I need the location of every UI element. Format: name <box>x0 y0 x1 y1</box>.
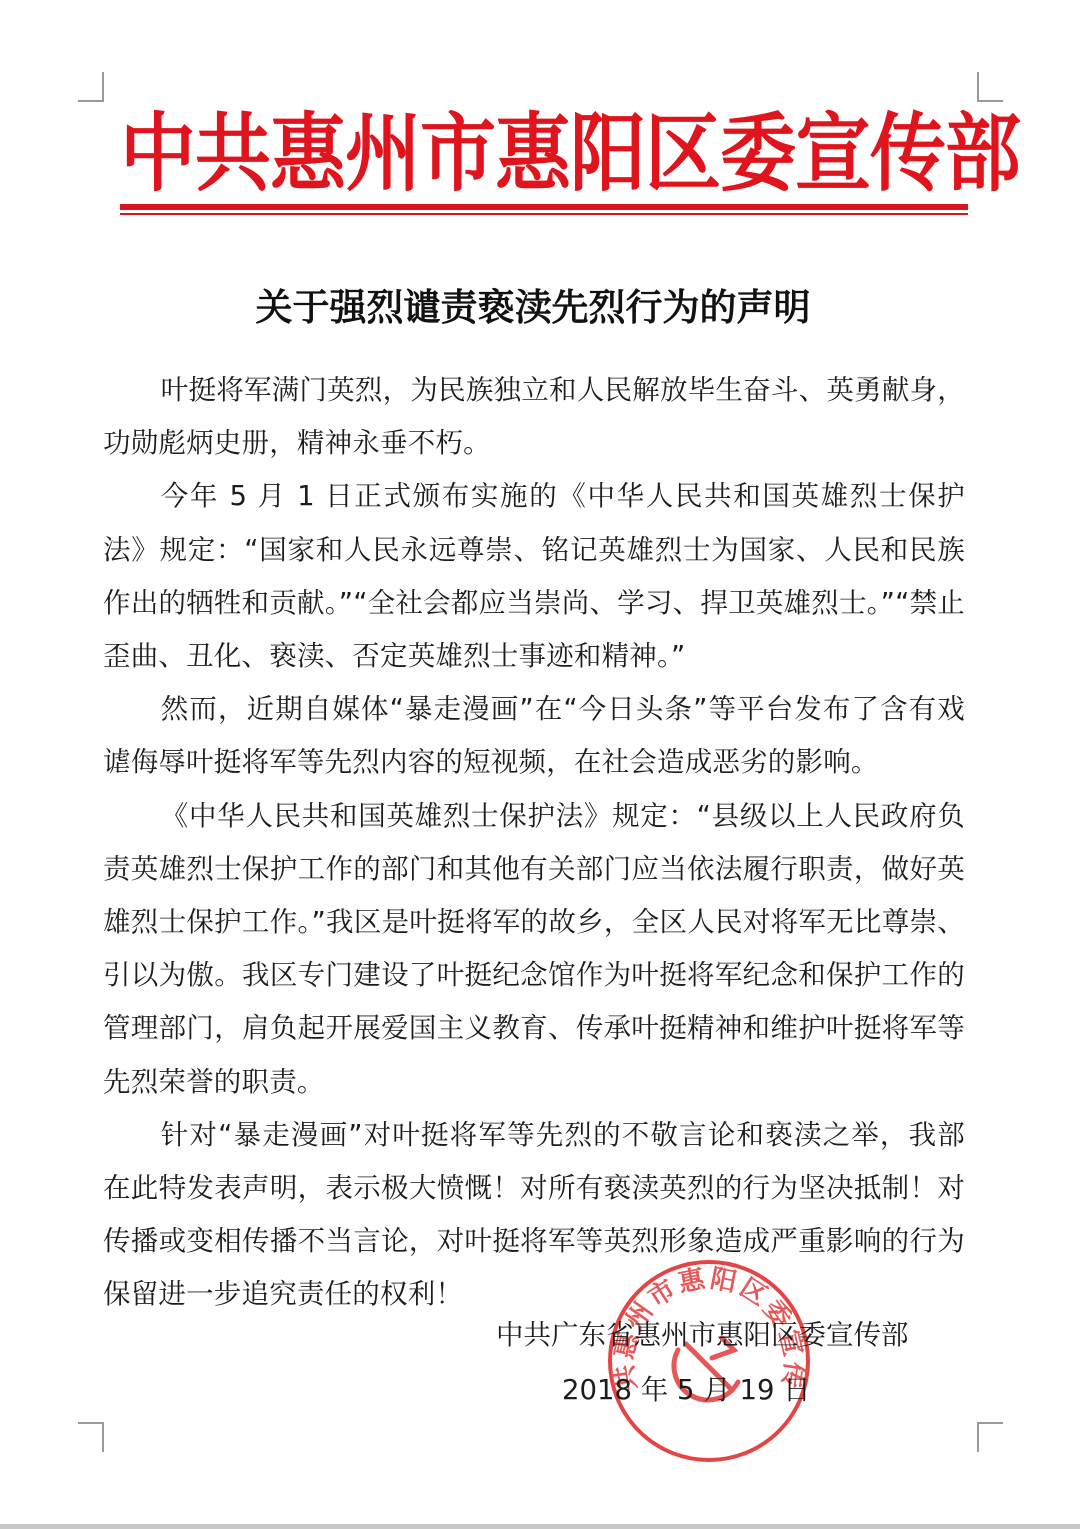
masthead-rule-thin <box>120 213 968 215</box>
paragraph: 今年 5 月 1 日正式颁布实施的《中华人民共和国英雄烈士保护法》规定：“国家和… <box>103 470 965 683</box>
page-bottom-edge <box>0 1524 1080 1529</box>
paragraph: 《中华人民共和国英雄烈士保护法》规定：“县级以上人民政府负责英雄烈士保护工作的部… <box>103 790 965 1109</box>
signature: 中共广东省惠州市惠阳区委宣传部 <box>496 1314 909 1356</box>
date: 2018 年 5 月 19 日 <box>562 1369 811 1411</box>
crop-mark-bottom-left <box>78 1422 104 1452</box>
paragraph: 针对“暴走漫画”对叶挺将军等先烈的不敬言论和亵渎之举，我部在此特发表声明，表示极… <box>103 1109 965 1322</box>
crop-mark-bottom-right <box>977 1422 1003 1452</box>
document-title: 关于强烈谴责亵渎先烈行为的声明 <box>0 282 1066 334</box>
document-body: 叶挺将军满门英烈，为民族独立和人民解放毕生奋斗、英勇献身，功勋彪炳史册，精神永垂… <box>103 364 965 1322</box>
paragraph: 叶挺将军满门英烈，为民族独立和人民解放毕生奋斗、英勇献身，功勋彪炳史册，精神永垂… <box>103 364 965 470</box>
paragraph: 然而，近期自媒体“暴走漫画”在“今日头条”等平台发布了含有戏谑侮辱叶挺将军等先烈… <box>103 683 965 789</box>
crop-mark-top-left <box>78 72 104 102</box>
masthead: 中共惠州市惠阳区委宣传部 <box>120 100 968 208</box>
crop-mark-top-right <box>977 72 1003 102</box>
masthead-rule-thick <box>120 204 968 210</box>
